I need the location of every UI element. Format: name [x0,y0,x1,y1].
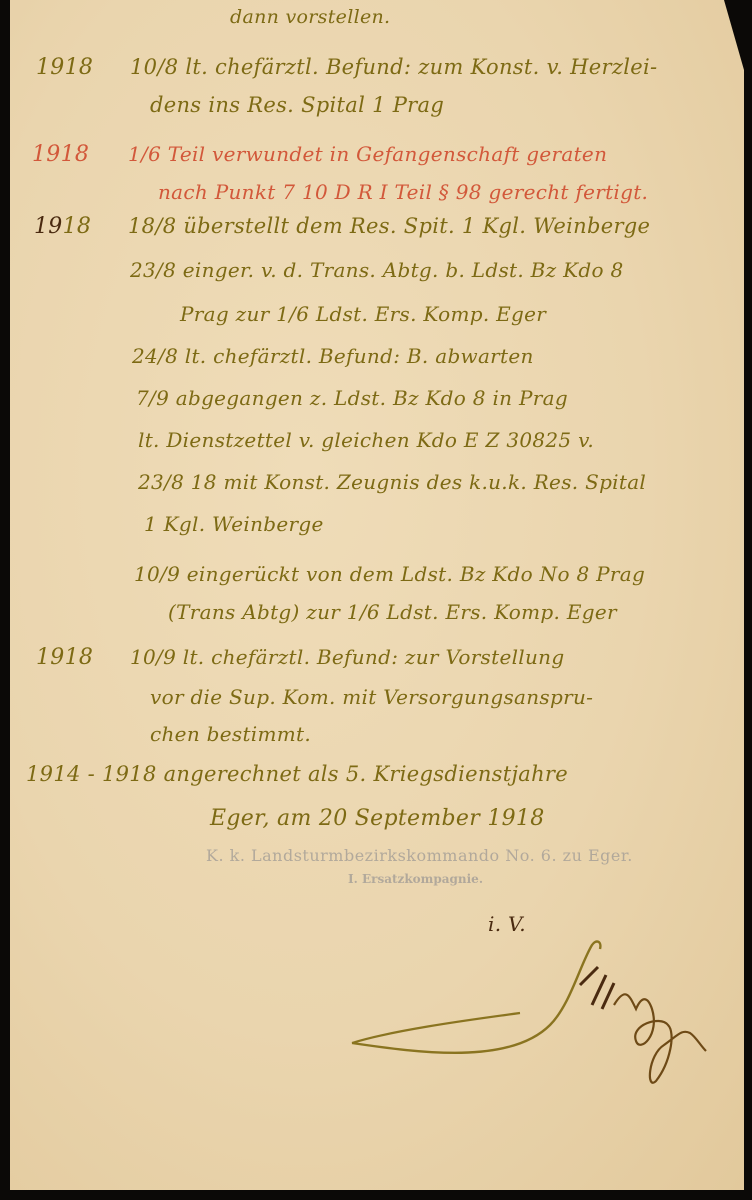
entry-line: 24/8 lt. chefärztl. Befund: B. abwarten [132,344,534,368]
entry-line: 23/8 18 mit Konst. Zeugnis des k.u.k. Re… [138,470,646,494]
entry-line: 1 Kgl. Weinberge [144,512,324,536]
entry-line: 10/8 lt. chefärztl. Befund: zum Konst. v… [130,55,657,79]
entry-line: 10/9 eingerückt von dem Ldst. Bz Kdo No … [134,562,645,586]
header-line: dann vorstellen. [230,6,390,28]
summary-line: 1914 - 1918 angerechnet als 5. Kriegsdie… [26,762,568,786]
entry-line: chen bestimmt. [150,722,311,746]
entry-line: Prag zur 1/6 Ldst. Ers. Komp. Eger [180,302,546,326]
entry-year: 1918 [36,645,93,670]
entry-line: lt. Dienstzettel v. gleichen Kdo E Z 308… [138,428,594,452]
place-date: Eger, am 20 September 1918 [210,806,545,831]
entry-year: 1918 [34,214,91,239]
office-stamp-line1: K. k. Landsturmbezirkskommando No. 6. zu… [206,846,633,865]
signature-icon [330,905,730,1105]
entry-line: 10/9 lt. chefärztl. Befund: zur Vorstell… [130,645,564,669]
entry-line: 18/8 überstellt dem Res. Spit. 1 Kgl. We… [128,214,650,238]
entry-year: 1918 [32,142,89,167]
entry-year: 1918 [36,55,93,80]
entry-line: 23/8 einger. v. d. Trans. Abtg. b. Ldst.… [130,258,624,282]
entry-line: 7/9 abgegangen z. Ldst. Bz Kdo 8 in Prag [136,386,568,410]
document-page: dann vorstellen. 1918 10/8 lt. chefärztl… [10,0,744,1190]
entry-line: (Trans Abtg) zur 1/6 Ldst. Ers. Komp. Eg… [168,600,617,624]
entry-line: dens ins Res. Spital 1 Prag [150,93,444,117]
entry-line: 1/6 Teil verwundet in Gefangenschaft ger… [128,142,607,166]
entry-line: vor die Sup. Kom. mit Versorgungsanspru- [150,685,593,709]
office-stamp-line2: I. Ersatzkompagnie. [348,872,483,886]
entry-line: nach Punkt 7 10 D R I Teil § 98 gerecht … [158,180,648,204]
